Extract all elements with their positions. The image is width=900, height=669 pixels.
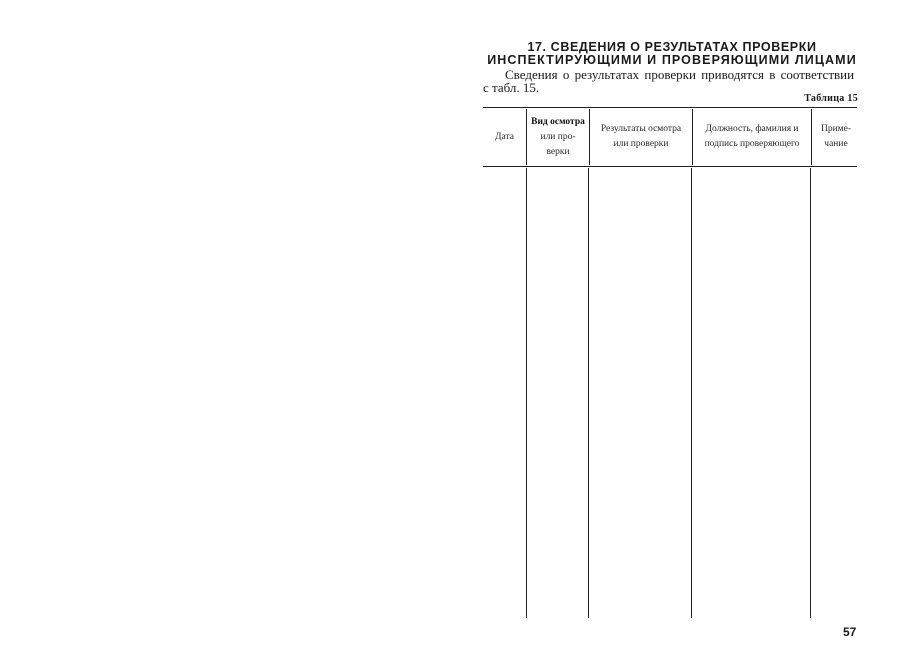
header-divider: [811, 109, 812, 165]
column-header-inspection-type-line-1: Вид осмотра: [531, 115, 585, 130]
header-divider: [589, 109, 590, 165]
column-header-notes-line-2: чание: [821, 137, 851, 152]
header-divider: [526, 109, 527, 165]
column-header-notes-line-1: Приме-: [821, 122, 851, 137]
table-top-rule: [483, 107, 857, 108]
column-header-results-line-1: Результаты осмотра: [601, 122, 681, 137]
table-caption: Таблица 15: [804, 93, 858, 104]
document-page: 17. СВЕДЕНИЯ О РЕЗУЛЬТАТАХ ПРОВЕРКИ ИНСП…: [0, 0, 900, 669]
header-divider: [692, 109, 693, 165]
section-heading-line-2: ИНСПЕКТИРУЮЩИМИ И ПРОВЕРЯЮЩИМИ ЛИЦАМИ: [483, 53, 861, 67]
column-header-notes: Приме- чание: [812, 109, 860, 165]
intro-text-line-1: Сведения о результатах проверки приводят…: [483, 68, 861, 81]
column-header-inspector-line-1: Должность, фамилия и: [705, 122, 800, 137]
column-header-results: Результаты осмотра или проверки: [590, 109, 692, 165]
column-header-inspector-line-2: подпись проверяющего: [705, 137, 800, 152]
column-header-results-line-2: или проверки: [601, 137, 681, 152]
body-column-divider: [588, 168, 589, 618]
column-header-date-text: Дата: [495, 130, 514, 145]
body-column-divider: [526, 168, 527, 618]
column-header-inspection-type-line-3: верки: [531, 145, 585, 160]
column-header-date: Дата: [483, 109, 526, 165]
page-number: 57: [843, 625, 856, 639]
column-header-inspection-type-line-2: или про-: [531, 130, 585, 145]
table-header-rule: [483, 166, 857, 167]
column-header-inspector: Должность, фамилия и подпись проверяющег…: [693, 109, 811, 165]
body-column-divider: [691, 168, 692, 618]
body-column-divider: [810, 168, 811, 618]
column-header-inspection-type: Вид осмотра или про- верки: [527, 109, 589, 165]
section-heading-line-1: 17. СВЕДЕНИЯ О РЕЗУЛЬТАТАХ ПРОВЕРКИ: [483, 40, 861, 54]
